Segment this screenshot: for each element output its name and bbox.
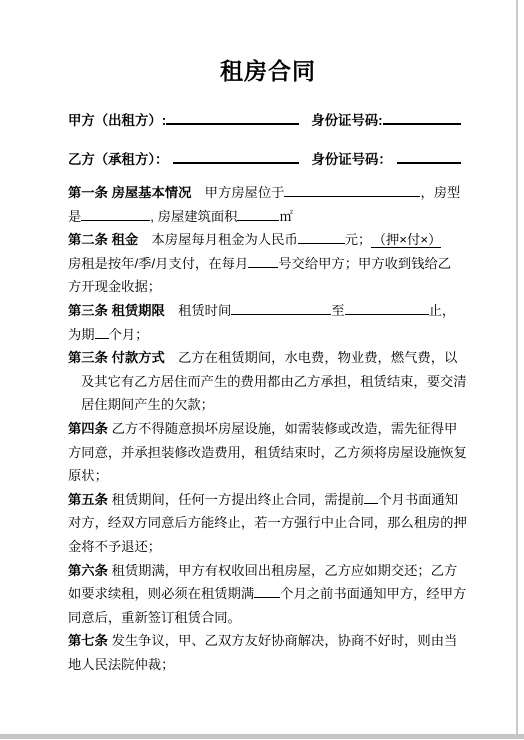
clause-1-address-blank[interactable]	[284, 184, 420, 197]
document-page: 租房合同 甲方（出租方）:身份证号码: 乙方（承租方）：身份证号码： 第一条 房…	[68, 0, 468, 676]
contract-body: 第一条 房屋基本情况 甲方房屋位于，房型 是, 房屋建筑面积㎡ 第二条 租金 本…	[68, 181, 468, 676]
clause-6-heading: 第五条	[68, 492, 108, 507]
clause-5-text-1: 乙方不得随意损坏房屋设施，如需装修或改造，需先征得甲 方同意，并承担装修改造费用…	[68, 421, 467, 483]
party-b-name-blank[interactable]	[173, 150, 299, 164]
party-a-id-blank[interactable]	[383, 111, 461, 125]
clause-1-text-1: 甲方房屋位于	[191, 185, 284, 200]
clause-2-text-1: 本房屋每月租金为人民币	[138, 232, 298, 247]
clause-1-heading: 第一条 房屋基本情况	[68, 185, 191, 200]
clause-1-text-4: ㎡	[279, 209, 292, 224]
clause-4-heading: 第三条 付款方式	[68, 350, 165, 365]
clause-1: 第一条 房屋基本情况 甲方房屋位于，房型 是, 房屋建筑面积㎡	[68, 181, 468, 228]
clause-8: 第七条 发生争议，甲、乙双方友好协商解决，协商不好时，则由当 地人民法院仲裁；	[68, 629, 468, 676]
page-right-edge	[516, 0, 518, 734]
clause-3: 第三条 租赁期限 租赁时间至止， 为期个月；	[68, 299, 468, 346]
party-b-id-blank[interactable]	[397, 150, 461, 164]
party-a-label: 甲方（出租方）:	[68, 113, 166, 128]
clause-1-housetype-blank[interactable]	[81, 208, 150, 221]
clause-3-end-date-blank[interactable]	[345, 302, 429, 315]
clause-7-renew-months-blank[interactable]	[254, 585, 280, 598]
clause-3-text-4: 个月；	[109, 327, 149, 342]
clause-8-text-1: 发生争议，甲、乙双方友好协商解决，协商不好时，则由当 地人民法院仲裁；	[68, 633, 457, 672]
clause-5: 第四条 乙方不得随意损坏房屋设施，如需装修或改造，需先征得甲 方同意，并承担装修…	[68, 417, 468, 488]
clause-2-rent-blank[interactable]	[298, 231, 345, 244]
clause-6: 第五条 租赁期间，任何一方提出终止合同，需提前个月书面通知 对方，经双方同意后方…	[68, 488, 468, 559]
party-a-id-label: 身份证号码:	[311, 113, 382, 128]
clause-3-start-date-blank[interactable]	[231, 302, 331, 315]
clause-8-heading: 第七条	[68, 633, 108, 648]
clause-2: 第二条 租金 本房屋每月租金为人民币元；（押×付×） 房租是按年/季/月支付，在…	[68, 228, 468, 299]
clause-2-heading: 第二条 租金	[68, 232, 138, 247]
clause-4: 第三条 付款方式 乙方在租赁期间，水电费，物业费，燃气费，以 及其它有乙方居住而…	[68, 346, 468, 417]
clause-5-heading: 第四条	[68, 421, 108, 436]
page-title: 租房合同	[68, 56, 468, 86]
clause-6-notice-months-blank[interactable]	[364, 491, 378, 504]
clause-2-payday-blank[interactable]	[248, 255, 278, 268]
clause-6-text-1: 租赁期间，任何一方提出终止合同，需提前	[108, 492, 364, 507]
clause-1-area-blank[interactable]	[237, 208, 279, 221]
clause-2-text-3: 房租是按年/季/月支付，在每月	[68, 256, 248, 271]
clause-1-text-3: , 房屋建筑面积	[150, 209, 237, 224]
party-b-row: 乙方（承租方）：身份证号码：	[68, 150, 468, 169]
party-b-label: 乙方（承租方）：	[68, 152, 168, 167]
clause-2-text-2: 元；	[345, 232, 372, 247]
clause-3-months-blank[interactable]	[95, 326, 109, 339]
party-a-row: 甲方（出租方）:身份证号码:	[68, 111, 468, 130]
party-a-name-blank[interactable]	[166, 111, 299, 125]
clause-7: 第六条 租赁期满，甲方有权收回出租房屋，乙方应如期交还；乙方 如要求续租，则必须…	[68, 559, 468, 630]
clause-3-text-1: 租赁时间	[165, 303, 231, 318]
page-bottom-edge	[0, 734, 524, 739]
party-b-id-label: 身份证号码：	[311, 152, 391, 167]
clause-3-text-2: 至	[331, 303, 344, 318]
clause-2-deposit-note: （押×付×）	[371, 232, 441, 248]
clause-7-heading: 第六条	[68, 563, 108, 578]
clause-3-heading: 第三条 租赁期限	[68, 303, 165, 318]
